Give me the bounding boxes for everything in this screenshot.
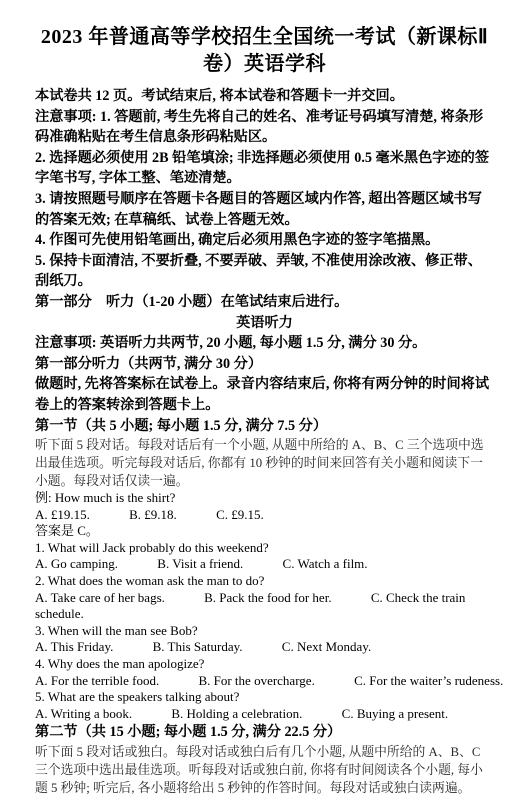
- question-5-option-c: C. Buying a present.: [342, 706, 449, 721]
- transfer-instruction: 做题时, 先将答案标在试卷上。录音内容结束后, 你将有两分钟的时间将试卷上的答案…: [35, 374, 494, 415]
- question-4-option-c: C. For the waiter’s rudeness.: [354, 673, 503, 688]
- part1-subheader: 第一部分听力（共两节, 满分 30 分）: [35, 354, 494, 375]
- question-4-option-b: B. For the overcharge.: [198, 673, 314, 688]
- question-5-text: 5. What are the speakers talking about?: [35, 689, 494, 706]
- section1-description: 听下面 5 段对话。每段对话后有一个小题, 从题中所给的 A、B、C 三个选项中…: [35, 436, 494, 490]
- question-5-option-b: B. Holding a celebration.: [171, 706, 302, 721]
- listening-section-title: 英语听力: [35, 313, 494, 334]
- question-3-option-a: A. This Friday.: [35, 639, 113, 654]
- question-3-text: 3. When will the man see Bob?: [35, 623, 494, 640]
- question-3-option-b: B. This Saturday.: [153, 639, 243, 654]
- notice-item-1: 注意事项: 1. 答题前, 考生先将自己的姓名、准考证号码填写清楚, 将条形码准…: [35, 107, 494, 148]
- question-4-text: 4. Why does the man apologize?: [35, 656, 494, 673]
- question-4-options-row: A. For the terrible food. B. For the ove…: [35, 673, 494, 690]
- question-1-option-c: C. Watch a film.: [283, 556, 368, 571]
- example-option-b: B. £9.18.: [129, 507, 177, 522]
- question-2-option-b: B. Pack the food for her.: [204, 590, 331, 605]
- section2-description: 听下面 5 段对话或独白。每段对话或独白后有几个小题, 从题中所给的 A、B、C…: [35, 743, 494, 797]
- notice-item-3: 3. 请按照题号顺序在答题卡各题目的答题区域内作答, 超出答题区域书写的答案无效…: [35, 189, 494, 230]
- exam-title: 2023 年普通高等学校招生全国统一考试（新课标Ⅱ卷）英语学科: [35, 24, 494, 78]
- exam-paper-page: 2023 年普通高等学校招生全国统一考试（新课标Ⅱ卷）英语学科 本试卷共 12 …: [0, 0, 524, 797]
- question-4-option-a: A. For the terrible food.: [35, 673, 159, 688]
- notice-item-5: 5. 保持卡面清洁, 不要折叠, 不要弄破、弄皱, 不准使用涂改液、修正带、刮纸…: [35, 251, 494, 292]
- notice-item-4: 4. 作图可先使用铅笔画出, 确定后必须用黑色字迹的签字笔描黑。: [35, 230, 494, 251]
- example-option-a: A. £19.15.: [35, 507, 90, 522]
- example-answer: 答案是 C。: [35, 523, 494, 540]
- question-5-option-a: A. Writing a book.: [35, 706, 132, 721]
- example-option-c: C. £9.15.: [216, 507, 264, 522]
- exam-info: 本试卷共 12 页。考试结束后, 将本试卷和答题卡一并交回。: [35, 86, 494, 107]
- question-2-text: 2. What does the woman ask the man to do…: [35, 573, 494, 590]
- question-2-options-row: A. Take care of her bags. B. Pack the fo…: [35, 590, 494, 623]
- question-1-option-a: A. Go camping.: [35, 556, 118, 571]
- listening-notice: 注意事项: 英语听力共两节, 20 小题, 每小题 1.5 分, 满分 30 分…: [35, 333, 494, 354]
- section1-heading: 第一节（共 5 小题; 每小题 1.5 分, 满分 7.5 分）: [35, 416, 494, 437]
- section2-heading: 第二节（共 15 小题; 每小题 1.5 分, 满分 22.5 分）: [35, 722, 494, 743]
- notice-item-2: 2. 选择题必须使用 2B 铅笔填涂; 非选择题必须使用 0.5 毫米黑色字迹的…: [35, 148, 494, 189]
- question-5-options-row: A. Writing a book. B. Holding a celebrat…: [35, 706, 494, 723]
- question-1-text: 1. What will Jack probably do this weeke…: [35, 540, 494, 557]
- question-3-options-row: A. This Friday. B. This Saturday. C. Nex…: [35, 639, 494, 656]
- question-3-option-c: C. Next Monday.: [282, 639, 371, 654]
- example-question: 例: How much is the shirt?: [35, 490, 494, 507]
- part1-header: 第一部分 听力（1-20 小题）在笔试结束后进行。: [35, 292, 494, 313]
- question-2-option-a: A. Take care of her bags.: [35, 590, 165, 605]
- question-1-option-b: B. Visit a friend.: [157, 556, 243, 571]
- example-options-row: A. £19.15. B. £9.18. C. £9.15.: [35, 507, 494, 524]
- question-1-options-row: A. Go camping. B. Visit a friend. C. Wat…: [35, 556, 494, 573]
